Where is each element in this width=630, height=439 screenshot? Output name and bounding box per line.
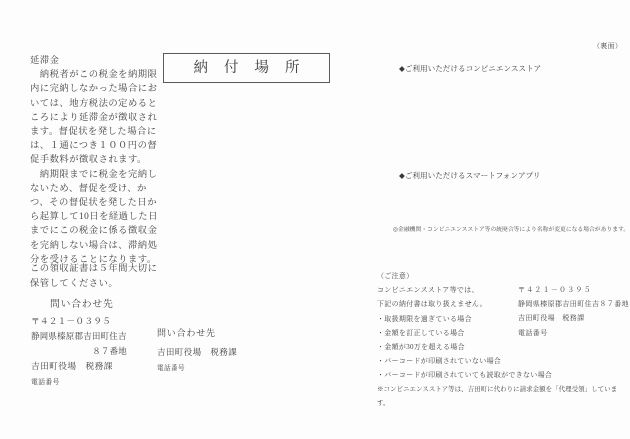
phone-label: 電話番号 (157, 362, 237, 372)
text-line: つ、その督促状を発した日か (30, 196, 160, 210)
text-line: ・バーコードが印刷されていない場合 (377, 354, 629, 368)
text-line: ないため、督促を受け、か (30, 182, 160, 196)
text-line: ころにより延滞金が徴収され (30, 111, 160, 125)
late-fee-paragraph: 延滞金 納税者がこの税金を納期限内に完納しなかった場合においては、地方税法の定め… (30, 54, 160, 267)
text-line: 内に完納しなかった場合にお (30, 82, 160, 96)
text-line: いては、地方税法の定めると (30, 97, 160, 111)
notice-title: （ご注意） (377, 269, 629, 283)
contact-heading: 問い合わせ先 (157, 326, 237, 339)
address-line: 静岡県榛原郡吉田町住吉８７番地 (518, 297, 629, 311)
text-line: ます。督促状を発した場合に (30, 125, 160, 139)
postal-code: 〒４２１－０３９５ (518, 283, 629, 297)
notice-footnote: ※コンビニエンスストア等は、吉田町に代わりに請求金額を「代理受領」しています。 (377, 383, 629, 411)
text-line: 納期限までに税金を完納し (30, 168, 160, 182)
text-line: この領収証書は５年間大切に (30, 262, 160, 277)
text-line: 促手数料が徴収されます。 (30, 153, 160, 167)
page-title: 納付場所 (194, 60, 316, 76)
left-contact-block: 問い合わせ先 〒４２１－０３９５ 静岡県榛原郡吉田町住吉 ８７番地 吉田町役場 … (31, 296, 127, 386)
institution-merger-note: ◎金融機関・コンビニエンスストア等の統廃合等により名称が変更になる場合があります… (393, 224, 629, 233)
text-line: ら起算して10日を経過した日 (30, 210, 160, 224)
back-side-label: （裏面） (593, 41, 622, 51)
address-line-1: 静岡県榛原郡吉田町住吉 (31, 330, 127, 342)
text-line: は、１通につき１００円の督 (30, 139, 160, 153)
convenience-store-heading: ◆ご利用いただけるコンビニエンスストア (399, 63, 541, 74)
payment-notice-back-page: { "document": { "back_label": "（裏面）", "t… (0, 0, 630, 439)
caution-notice-block: （ご注意） コンビニエンスストア等では、下記の納付書は取り扱えません。 ・取扱期… (377, 269, 629, 411)
office-name: 吉田町役場 税務課 (31, 360, 127, 372)
text-line: を完納しない場合は、滞納処 (30, 239, 160, 253)
text-line: 延滞金 (30, 54, 160, 68)
text-line: ・バーコードが印刷されていても読取ができない場合 (377, 368, 629, 382)
text-line: 保管してください。 (30, 277, 160, 292)
office-name: 吉田町役場 税務課 (518, 311, 629, 325)
office-name: 吉田町役場 税務課 (157, 346, 237, 358)
receipt-keep-paragraph: この領収証書は５年間大切に保管してください。 (30, 262, 160, 291)
notice-contact-block: 〒４２１－０３９５ 静岡県榛原郡吉田町住吉８７番地 吉田町役場 税務課 電話番号 (518, 283, 629, 340)
text-line: 納税者がこの税金を納期限 (30, 68, 160, 82)
phone-label: 電話番号 (31, 376, 127, 386)
payment-location-title-box: 納付場所 (163, 53, 330, 83)
text-line: ・金額が30万を超える場合 (377, 340, 629, 354)
smartphone-app-heading: ◆ご利用いただけるスマートフォンアプリ (399, 170, 540, 181)
text-line: までにこの税金に係る徴収金 (30, 224, 160, 238)
phone-label: 電話番号 (518, 326, 629, 340)
contact-heading: 問い合わせ先 (50, 296, 127, 310)
center-contact-block: 問い合わせ先 吉田町役場 税務課 電話番号 (157, 326, 237, 372)
postal-code: 〒４２１－０３９５ (31, 315, 127, 327)
address-line-2: ８７番地 (31, 345, 127, 357)
